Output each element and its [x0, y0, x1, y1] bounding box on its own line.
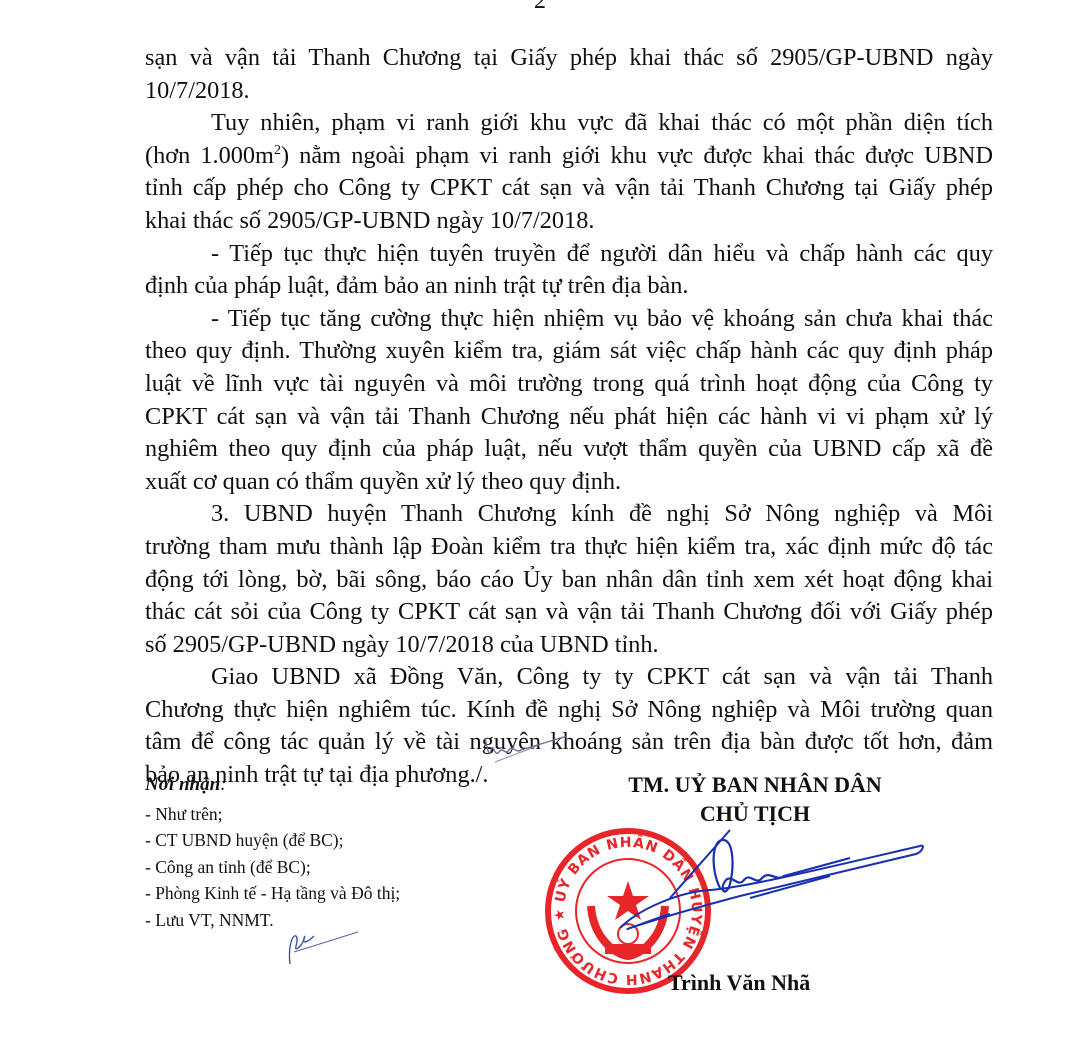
paragraph-proposal: 3. UBND huyện Thanh Chương kính đề nghị …: [145, 498, 993, 661]
text-line: trường tham mưu thành lập Đoàn kiểm tra …: [145, 531, 993, 564]
text-line: Giao UBND xã Đồng Văn, Công ty ty CPKT c…: [145, 661, 993, 694]
text-line: 10/7/2018.: [145, 75, 993, 108]
text-line: 3. UBND huyện Thanh Chương kính đề nghị …: [145, 498, 993, 531]
paragraph-permit-continuation: sạn và vận tải Thanh Chương tại Giấy phé…: [145, 42, 993, 107]
page-number: 2: [0, 0, 1080, 16]
recipient-initial-icon: [280, 918, 360, 966]
text-line: tỉnh cấp phép cho Công ty CPKT cát sạn v…: [145, 172, 993, 205]
recipient-item: - Phòng Kinh tế - Hạ tầng và Đô thị;: [145, 880, 525, 907]
recipients-title: Nơi nhận:: [145, 772, 525, 799]
text-line: xuất cơ quan có thẩm quyền xử lý theo qu…: [145, 466, 993, 499]
text-line: Chương thực hiện nghiêm túc. Kính đề ngh…: [145, 694, 993, 727]
signer-name: Trình Văn Nhã: [668, 968, 810, 998]
text-line: - Tiếp tục thực hiện tuyên truyền để ngư…: [145, 238, 993, 271]
text-line: định của pháp luật, đảm bảo an ninh trật…: [145, 270, 993, 303]
text-line: nghiêm theo quy định của pháp luật, nếu …: [145, 433, 993, 466]
text-fragment: (hơn 1.000m: [145, 142, 274, 169]
text-line: số 2905/GP-UBND ngày 10/7/2018 của UBND …: [145, 629, 993, 662]
recipient-item: - Như trên;: [145, 801, 525, 828]
text-fragment: ) nằm ngoài phạm vi ranh giới khu vực đư…: [281, 142, 993, 169]
initial-mark-icon: [477, 728, 572, 773]
text-line: CPKT cát sạn và vận tải Thanh Chương nếu…: [145, 401, 993, 434]
paragraph-boundary-violation: Tuy nhiên, phạm vi ranh giới khu vực đã …: [145, 107, 993, 237]
recipients-title-text: Nơi nhận: [145, 774, 220, 795]
text-line: động tới lòng, bờ, bãi sông, báo cáo Ủy …: [145, 564, 993, 597]
text-line: luật về lĩnh vực tài nguyên và môi trườn…: [145, 368, 993, 401]
signer-organization: TM. UỶ BAN NHÂN DÂN: [585, 770, 925, 799]
text-line: sạn và vận tải Thanh Chương tại Giấy phé…: [145, 42, 993, 75]
document-body: sạn và vận tải Thanh Chương tại Giấy phé…: [145, 42, 993, 792]
text-line: khai thác số 2905/GP-UBND ngày 10/7/2018…: [145, 205, 993, 238]
text-line: theo quy định. Thường xuyên kiểm tra, gi…: [145, 335, 993, 368]
signer-block: TM. UỶ BAN NHÂN DÂN CHỦ TỊCH: [585, 770, 925, 828]
text-line: (hơn 1.000m2) nằm ngoài phạm vi ranh giớ…: [145, 140, 993, 173]
superscript: 2: [274, 143, 281, 158]
signer-role: CHỦ TỊCH: [585, 799, 925, 828]
recipients-block: Nơi nhận: - Như trên; - CT UBND huyện (đ…: [145, 772, 525, 933]
paragraph-protection: - Tiếp tục tăng cường thực hiện nhiệm vụ…: [145, 303, 993, 499]
paragraph-propaganda: - Tiếp tục thực hiện tuyên truyền để ngư…: [145, 238, 993, 303]
recipient-item: - Công an tỉnh (để BC);: [145, 854, 525, 881]
recipients-title-colon: :: [220, 774, 226, 795]
text-line: thác cát sỏi của Công ty CPKT cát sạn và…: [145, 596, 993, 629]
recipient-item: - CT UBND huyện (để BC);: [145, 827, 525, 854]
text-line: - Tiếp tục tăng cường thực hiện nhiệm vụ…: [145, 303, 993, 336]
signature-icon: [600, 828, 930, 938]
text-line: Tuy nhiên, phạm vi ranh giới khu vực đã …: [145, 107, 993, 140]
